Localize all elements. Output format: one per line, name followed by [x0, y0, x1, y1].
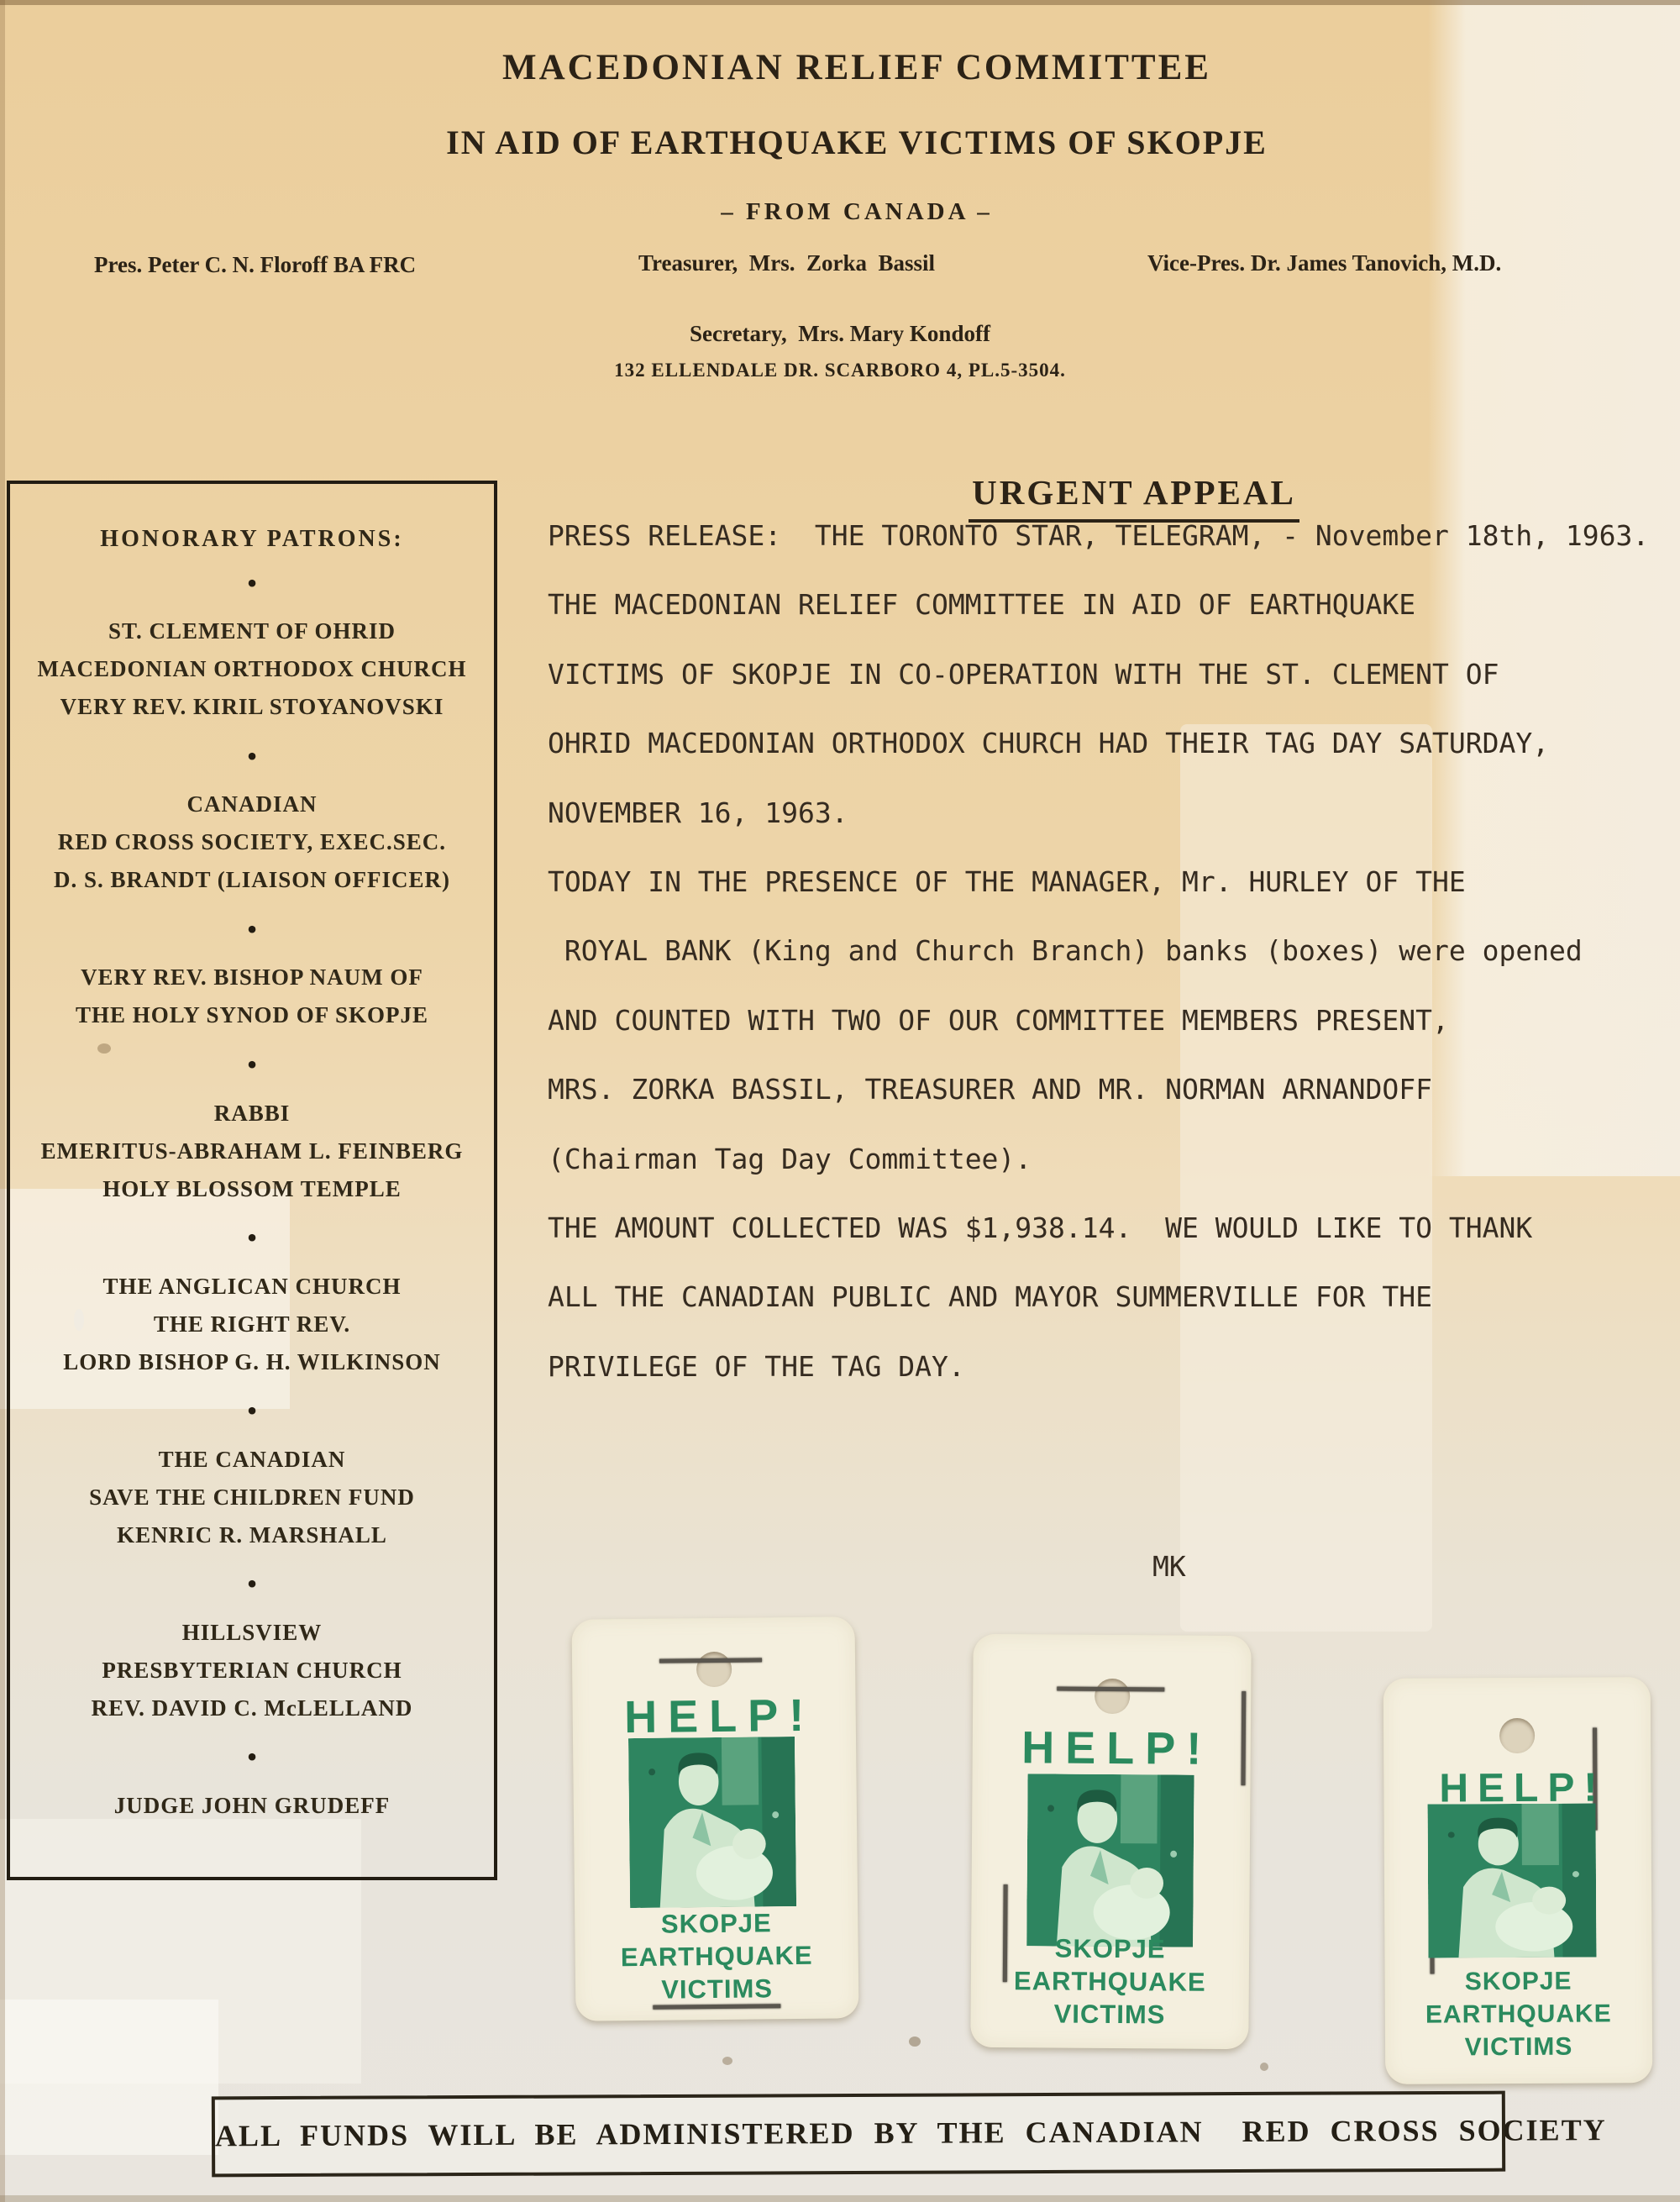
patron-line: EMERITUS-ABRAHAM L. FEINBERG	[41, 1133, 464, 1170]
patron-line: THE CANADIAN	[89, 1441, 415, 1479]
paper-blemish	[722, 2057, 732, 2065]
patron-line: ST. CLEMENT OF OHRID	[37, 612, 466, 650]
urgent-appeal-heading: URGENT APPEAL	[962, 472, 1306, 523]
press-release-line: PRESS RELEASE: THE TORONTO STAR, TELEGRA…	[548, 519, 1680, 588]
tag-caption-line: EARTHQUAKE	[971, 1964, 1249, 1999]
urgent-appeal-text: URGENT APPEAL	[969, 472, 1299, 523]
patron-entry: VERY REV. BISHOP NAUM OF THE HOLY SYNOD …	[76, 959, 428, 1034]
treasurer-line: Treasurer, Mrs. Zorka Bassil	[638, 250, 935, 276]
scan-edge	[0, 0, 5, 2202]
patron-line: D. S. BRANDT (LIAISON OFFICER)	[54, 861, 450, 899]
honorary-patrons-box: HONORARY PATRONS: • ST. CLEMENT OF OHRID…	[7, 481, 497, 1880]
bullet-icon: •	[247, 574, 258, 592]
press-release-line: AND COUNTED WITH TWO OF OUR COMMITTEE ME…	[548, 1004, 1680, 1073]
tag-caption-line: EARTHQUAKE	[575, 1938, 858, 1974]
patron-line: RABBI	[41, 1095, 464, 1133]
bullet-icon: •	[247, 1574, 258, 1593]
patron-entry: JUDGE JOHN GRUDEFF	[114, 1787, 391, 1825]
press-release-line: THE AMOUNT COLLECTED WAS $1,938.14. WE W…	[548, 1211, 1680, 1280]
press-release-line: TODAY IN THE PRESENCE OF THE MANAGER, Mr…	[548, 865, 1680, 934]
patrons-heading: HONORARY PATRONS:	[100, 526, 403, 553]
tag-caption-line: SKOPJE	[971, 1931, 1249, 1966]
help-tag: HELP! SKOPJE EARTHQUAKE VICTIMS	[572, 1616, 859, 2021]
bullet-icon: •	[247, 1401, 258, 1420]
secretary-address: 132 ELLENDALE DR. SCARBORO 4, PL.5-3504.	[470, 360, 1210, 381]
paper-blemish	[909, 2036, 921, 2047]
patron-line: LORD BISHOP G. H. WILKINSON	[63, 1343, 441, 1381]
vice-president-line: Vice-Pres. Dr. James Tanovich, M.D.	[1147, 250, 1501, 276]
typist-initials: MK	[1152, 1550, 1186, 1583]
patron-line: KENRIC R. MARSHALL	[89, 1516, 415, 1554]
tag-caption-line: SKOPJE	[575, 1905, 858, 1942]
patron-entry: CANADIAN RED CROSS SOCIETY, EXEC.SEC. D.…	[54, 786, 450, 899]
help-headline: HELP!	[572, 1689, 856, 1744]
tag-caption-line: VICTIMS	[970, 1997, 1248, 2031]
press-release-line: NOVEMBER 16, 1963.	[548, 796, 1680, 865]
patron-line: THE RIGHT REV.	[63, 1306, 441, 1343]
tag-caption-line: VICTIMS	[1385, 2030, 1652, 2064]
tag-caption: SKOPJE EARTHQUAKE VICTIMS	[970, 1931, 1249, 2031]
press-release-line: VICTIMS OF SKOPJE IN CO-OPERATION WITH T…	[548, 658, 1680, 727]
staple	[1057, 1687, 1164, 1692]
help-headline: HELP!	[973, 1721, 1251, 1775]
patron-entry: THE CANADIAN SAVE THE CHILDREN FUND KENR…	[89, 1441, 415, 1554]
tag-photo-halftone	[1428, 1804, 1597, 1958]
bullet-icon: •	[247, 747, 258, 765]
tag-caption-line: SKOPJE	[1385, 1964, 1652, 1999]
patron-entry: THE ANGLICAN CHURCH THE RIGHT REV. LORD …	[63, 1268, 441, 1381]
committee-subtitle: IN AID OF EARTHQUAKE VICTIMS OF SKOPJE	[269, 123, 1445, 162]
patron-line: SAVE THE CHILDREN FUND	[89, 1479, 415, 1516]
committee-title: MACEDONIAN RELIEF COMMITTEE	[269, 47, 1445, 88]
staple	[653, 2004, 780, 2010]
patron-line: MACEDONIAN ORTHODOX CHURCH	[37, 650, 466, 688]
tag-caption-line: EARTHQUAKE	[1385, 1997, 1652, 2031]
funds-banner-text: ALL FUNDS WILL BE ADMINISTERED BY THE CA…	[215, 2094, 1502, 2173]
secretary-line: Secretary, Mrs. Mary Kondoff	[470, 321, 1210, 347]
patron-line: THE ANGLICAN CHURCH	[63, 1268, 441, 1306]
origin-line: – FROM CANADA –	[269, 198, 1445, 226]
paper-blemish	[1260, 2063, 1268, 2071]
paper-patch	[0, 2000, 218, 2155]
patron-line: VERY REV. BISHOP NAUM OF	[76, 959, 428, 996]
staple	[659, 1658, 762, 1663]
patron-entry: HILLSVIEW PRESBYTERIAN CHURCH REV. DAVID…	[92, 1614, 413, 1727]
help-tag: HELP! SKOPJE EARTHQUAKE VICTIMS	[970, 1634, 1251, 2049]
bullet-icon: •	[247, 1228, 258, 1247]
punch-hole	[1499, 1718, 1535, 1753]
tag-caption: SKOPJE EARTHQUAKE VICTIMS	[575, 1905, 858, 2007]
press-release-line: THE MACEDONIAN RELIEF COMMITTEE IN AID O…	[548, 588, 1680, 657]
tag-photo-halftone	[628, 1737, 796, 1908]
press-release-body: PRESS RELEASE: THE TORONTO STAR, TELEGRA…	[548, 519, 1680, 1419]
patron-line: HOLY BLOSSOM TEMPLE	[41, 1170, 464, 1208]
press-release-line: PRIVILEGE OF THE TAG DAY.	[548, 1350, 1680, 1419]
scan-edge	[0, 0, 1680, 5]
tag-caption: SKOPJE EARTHQUAKE VICTIMS	[1385, 1964, 1653, 2064]
press-release-line: MRS. ZORKA BASSIL, TREASURER AND MR. NOR…	[548, 1073, 1680, 1142]
patron-line: RED CROSS SOCIETY, EXEC.SEC.	[54, 823, 450, 861]
tag-photo-halftone	[1026, 1774, 1194, 1947]
tag-caption-line: VICTIMS	[575, 1971, 858, 2007]
bullet-icon: •	[247, 1055, 258, 1074]
punch-hole	[1095, 1679, 1130, 1714]
scan-edge	[0, 2195, 1680, 2202]
press-release-line: OHRID MACEDONIAN ORTHODOX CHURCH HAD THE…	[548, 727, 1680, 796]
press-release-line: ALL THE CANADIAN PUBLIC AND MAYOR SUMMER…	[548, 1280, 1680, 1349]
patron-line: THE HOLY SYNOD OF SKOPJE	[76, 996, 428, 1034]
patron-line: PRESBYTERIAN CHURCH	[92, 1652, 413, 1690]
patron-entry: RABBI EMERITUS-ABRAHAM L. FEINBERG HOLY …	[41, 1095, 464, 1208]
funds-banner: ALL FUNDS WILL BE ADMINISTERED BY THE CA…	[212, 2091, 1505, 2178]
press-release-line: (Chairman Tag Day Committee).	[548, 1143, 1680, 1211]
press-release-line: ROYAL BANK (King and Church Branch) bank…	[548, 934, 1680, 1003]
help-tag: HELP! SKOPJE EARTHQUAKE VICTIMS	[1383, 1677, 1653, 2084]
patron-line: JUDGE JOHN GRUDEFF	[114, 1787, 391, 1825]
patron-entry: ST. CLEMENT OF OHRID MACEDONIAN ORTHODOX…	[37, 612, 466, 726]
document-page: MACEDONIAN RELIEF COMMITTEE IN AID OF EA…	[0, 0, 1680, 2202]
patron-line: HILLSVIEW	[92, 1614, 413, 1652]
patron-line: VERY REV. KIRIL STOYANOVSKI	[37, 688, 466, 726]
president-line: Pres. Peter C. N. Floroff BA FRC	[94, 252, 416, 278]
bullet-icon: •	[247, 1747, 258, 1766]
patron-line: CANADIAN	[54, 786, 450, 823]
punch-hole	[696, 1652, 731, 1687]
bullet-icon: •	[247, 920, 258, 938]
patron-line: REV. DAVID C. McLELLAND	[92, 1690, 413, 1727]
